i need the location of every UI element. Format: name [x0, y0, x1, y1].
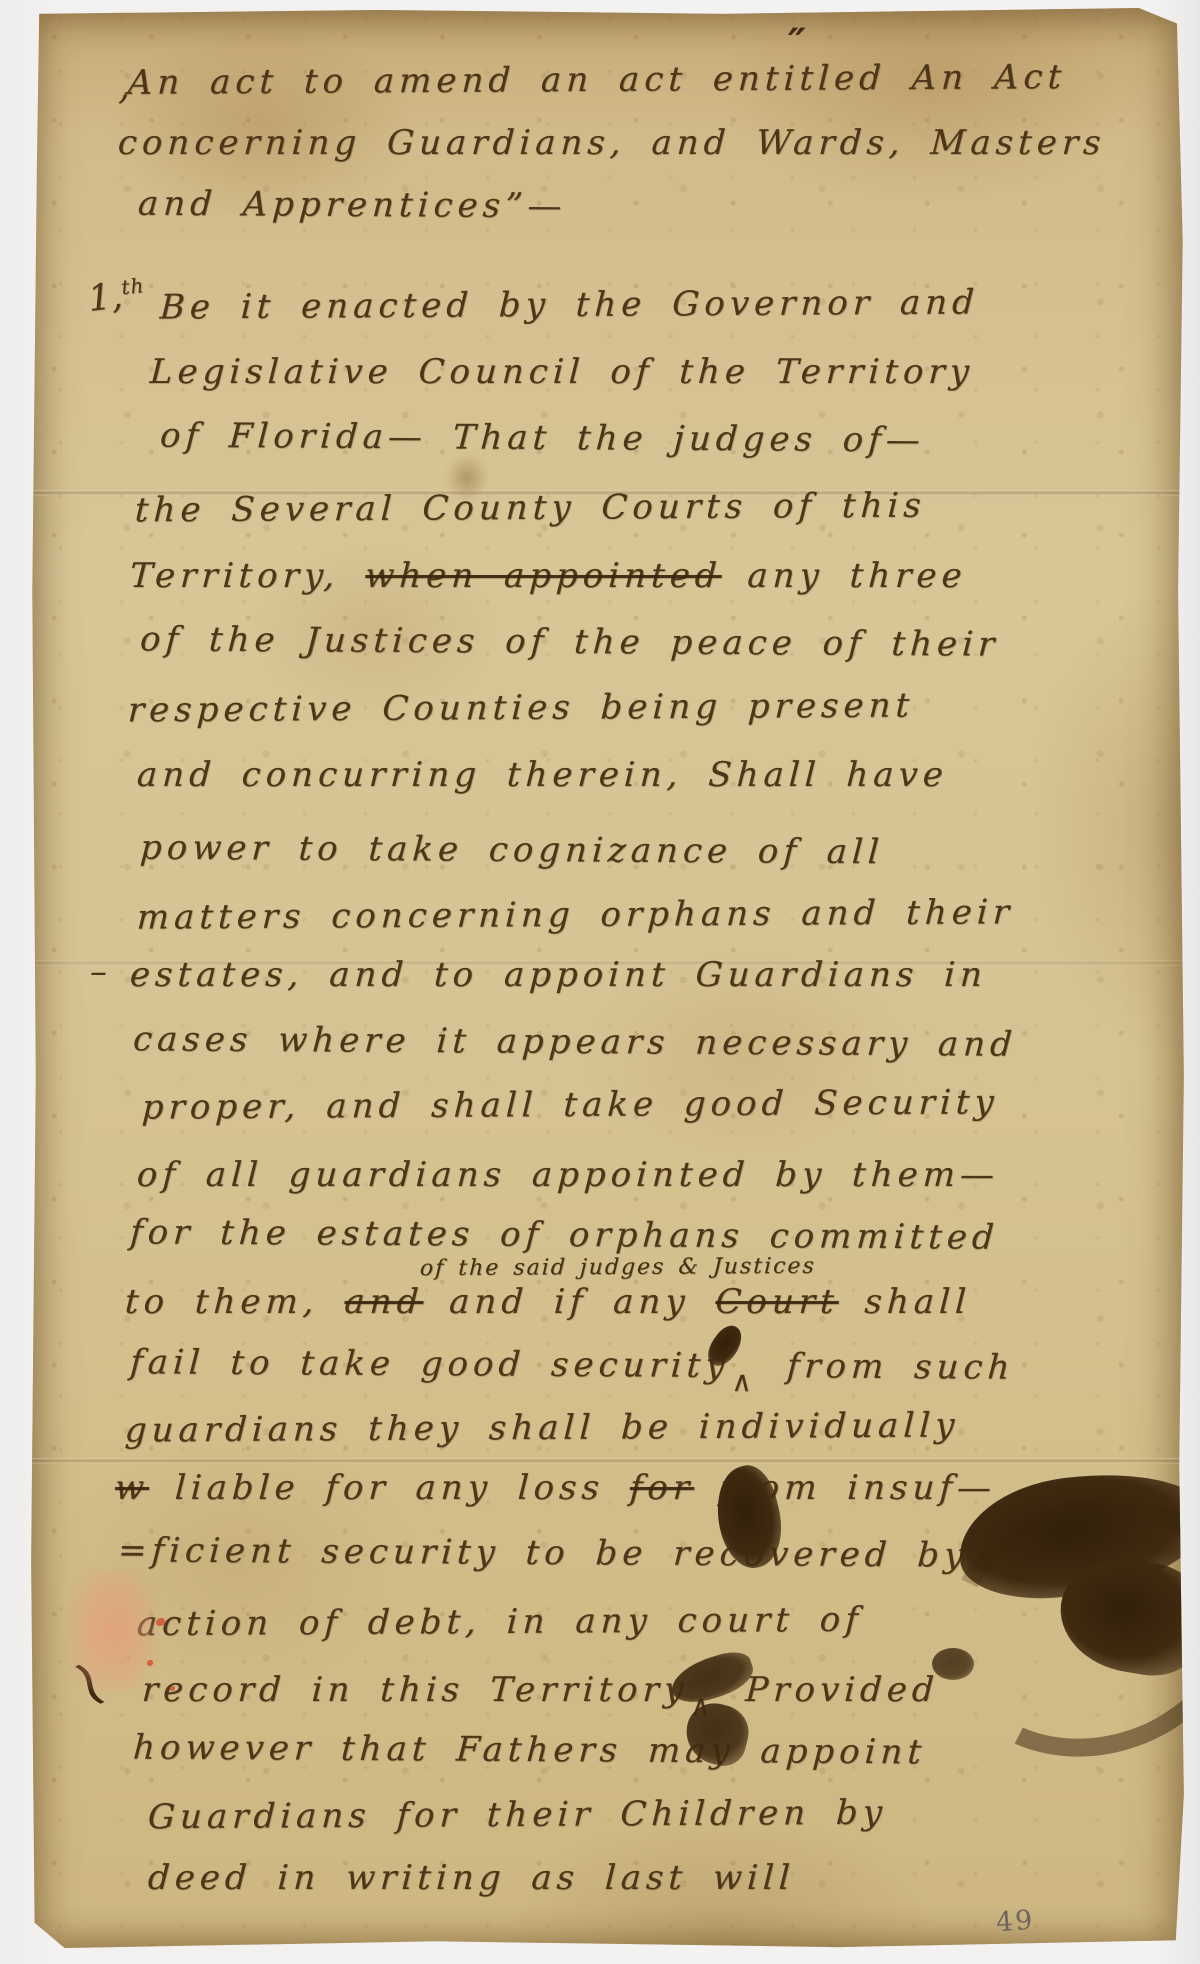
interlined-insertion: of the said judges & Justices [419, 1254, 816, 1281]
handwritten-text: liable for any loss [148, 1468, 631, 1508]
manuscript-line: concerning Guardians, and Wards, Masters [117, 123, 1107, 163]
ditto-mark: ″ [788, 20, 806, 67]
manuscript-line: w liable for any loss for from insuf— [114, 1468, 997, 1508]
manuscript-line: Guardians for their Children by [147, 1793, 888, 1838]
manuscript-line: of Florida— That the judges of— [159, 416, 926, 461]
section-number: 1,th [86, 273, 147, 320]
handwritten-text: Legislative Council of the Territory [149, 352, 975, 392]
handwritten-text: of Florida— That the judges of— [159, 416, 926, 461]
page-number: 49 [995, 1905, 1035, 1939]
handwritten-text: Guardians for their Children by [147, 1793, 888, 1838]
struck-text: for [629, 1468, 695, 1508]
handwritten-text: action of debt, in any court of [136, 1600, 864, 1644]
handwritten-text: however that Fathers may appoint [132, 1728, 927, 1773]
struck-text: w [114, 1468, 150, 1508]
section-number-value: 1, [86, 276, 124, 320]
handwritten-text: to them, [124, 1282, 346, 1322]
margin-dash-mark: – [90, 952, 107, 992]
handwritten-text: guardians they shall be individually [124, 1405, 960, 1450]
manuscript-line: proper, and shall take good Security [141, 1082, 1000, 1127]
manuscript-paper: An act to amend an act entitled An Actco… [30, 8, 1185, 1950]
manuscript-line: An act to amend an act entitled An Act [127, 57, 1067, 103]
handwritten-text: deed in writing as last will [147, 1858, 796, 1898]
handwritten-text: cases where it appears necessary and [132, 1019, 1018, 1064]
handwritten-text: respective Counties being present [127, 686, 915, 731]
manuscript-line: matters concerning orphans and their [136, 892, 1015, 937]
handwritten-text: of the said judges & Justices [419, 1254, 816, 1281]
manuscript-line: Be it enacted by the Governor and [159, 282, 980, 327]
handwritten-text: the Several County Courts of this [134, 486, 927, 531]
handwritten-text: for the estates of orphans committed [129, 1212, 1000, 1257]
manuscript-line: Legislative Council of the Territory [149, 352, 975, 392]
handwritten-text: any three [721, 556, 968, 596]
handwritten-text: shall [838, 1282, 972, 1322]
handwritten-text: estates, and to appoint Guardians in [129, 955, 988, 995]
section-number-ordinal: th [120, 273, 145, 299]
handwritten-text: An act to amend an act entitled An Act [127, 57, 1067, 103]
manuscript-line: cases where it appears necessary and [132, 1019, 1018, 1064]
handwritten-text: matters concerning orphans and their [136, 892, 1015, 937]
handwritten-text: power to take cognizance of all [139, 828, 885, 873]
handwritten-text: concerning Guardians, and Wards, Masters [117, 123, 1107, 163]
manuscript-line: for the estates of orphans committed [129, 1212, 1000, 1257]
manuscript-line: estates, and to appoint Guardians in [129, 955, 988, 995]
handwritten-text: =ficient security to be recovered by [117, 1530, 969, 1575]
flourish-comma-mark: , [118, 64, 130, 108]
scan-background: { "document": { "kind": "handwritten man… [0, 0, 1200, 1964]
manuscript-line: =ficient security to be recovered by [117, 1530, 969, 1575]
manuscript-line: guardians they shall be individually [124, 1405, 960, 1450]
handwritten-text: from such [760, 1346, 1016, 1388]
manuscript-line: of all guardians appointed by them— [136, 1155, 1000, 1195]
handwritten-text: Provided [719, 1670, 940, 1710]
handwritten-text: and concurring therein, Shall have [136, 755, 949, 795]
struck-text: Court [714, 1282, 839, 1322]
red-stain [70, 1570, 154, 1690]
manuscript-line: respective Counties being present [127, 686, 915, 731]
struck-text: and [343, 1282, 424, 1322]
manuscript-line: and concurring therein, Shall have [136, 755, 949, 795]
manuscript-line: of the Justices of the peace of their [139, 619, 1000, 664]
handwritten-text: fail to take good security [129, 1342, 731, 1386]
handwritten-text: of all guardians appointed by them— [136, 1155, 1000, 1195]
manuscript-line: and Apprentices”— [137, 184, 568, 227]
manuscript-line: to them, and and if any Court shall [124, 1282, 972, 1322]
struck-text: when appointed [364, 556, 723, 596]
handwritten-text: and if any [422, 1282, 716, 1322]
manuscript-line: the Several County Courts of this [134, 486, 927, 531]
handwritten-text: record in this Territory [141, 1670, 689, 1710]
handwritten-text: of the Justices of the peace of their [139, 619, 1000, 664]
manuscript-line: however that Fathers may appoint [132, 1728, 927, 1773]
manuscript-line: fail to take good security∧ from such [129, 1342, 1016, 1387]
handwritten-text: proper, and shall take good Security [141, 1082, 1000, 1127]
manuscript-line: deed in writing as last will [147, 1858, 796, 1898]
handwritten-text: Territory, [129, 556, 366, 596]
manuscript-line: Territory, when appointed any three [129, 556, 968, 596]
manuscript-line: power to take cognizance of all [139, 828, 885, 873]
caret-mark: ∧ [731, 1365, 758, 1398]
ink-smudge [445, 453, 489, 503]
manuscript-line: action of debt, in any court of [136, 1600, 864, 1644]
handwritten-text: Be it enacted by the Governor and [159, 282, 980, 327]
manuscript-line: record in this Territory∧ Provided [141, 1670, 940, 1710]
ink-blot [932, 1648, 974, 1680]
handwritten-text: and Apprentices”— [137, 184, 568, 227]
